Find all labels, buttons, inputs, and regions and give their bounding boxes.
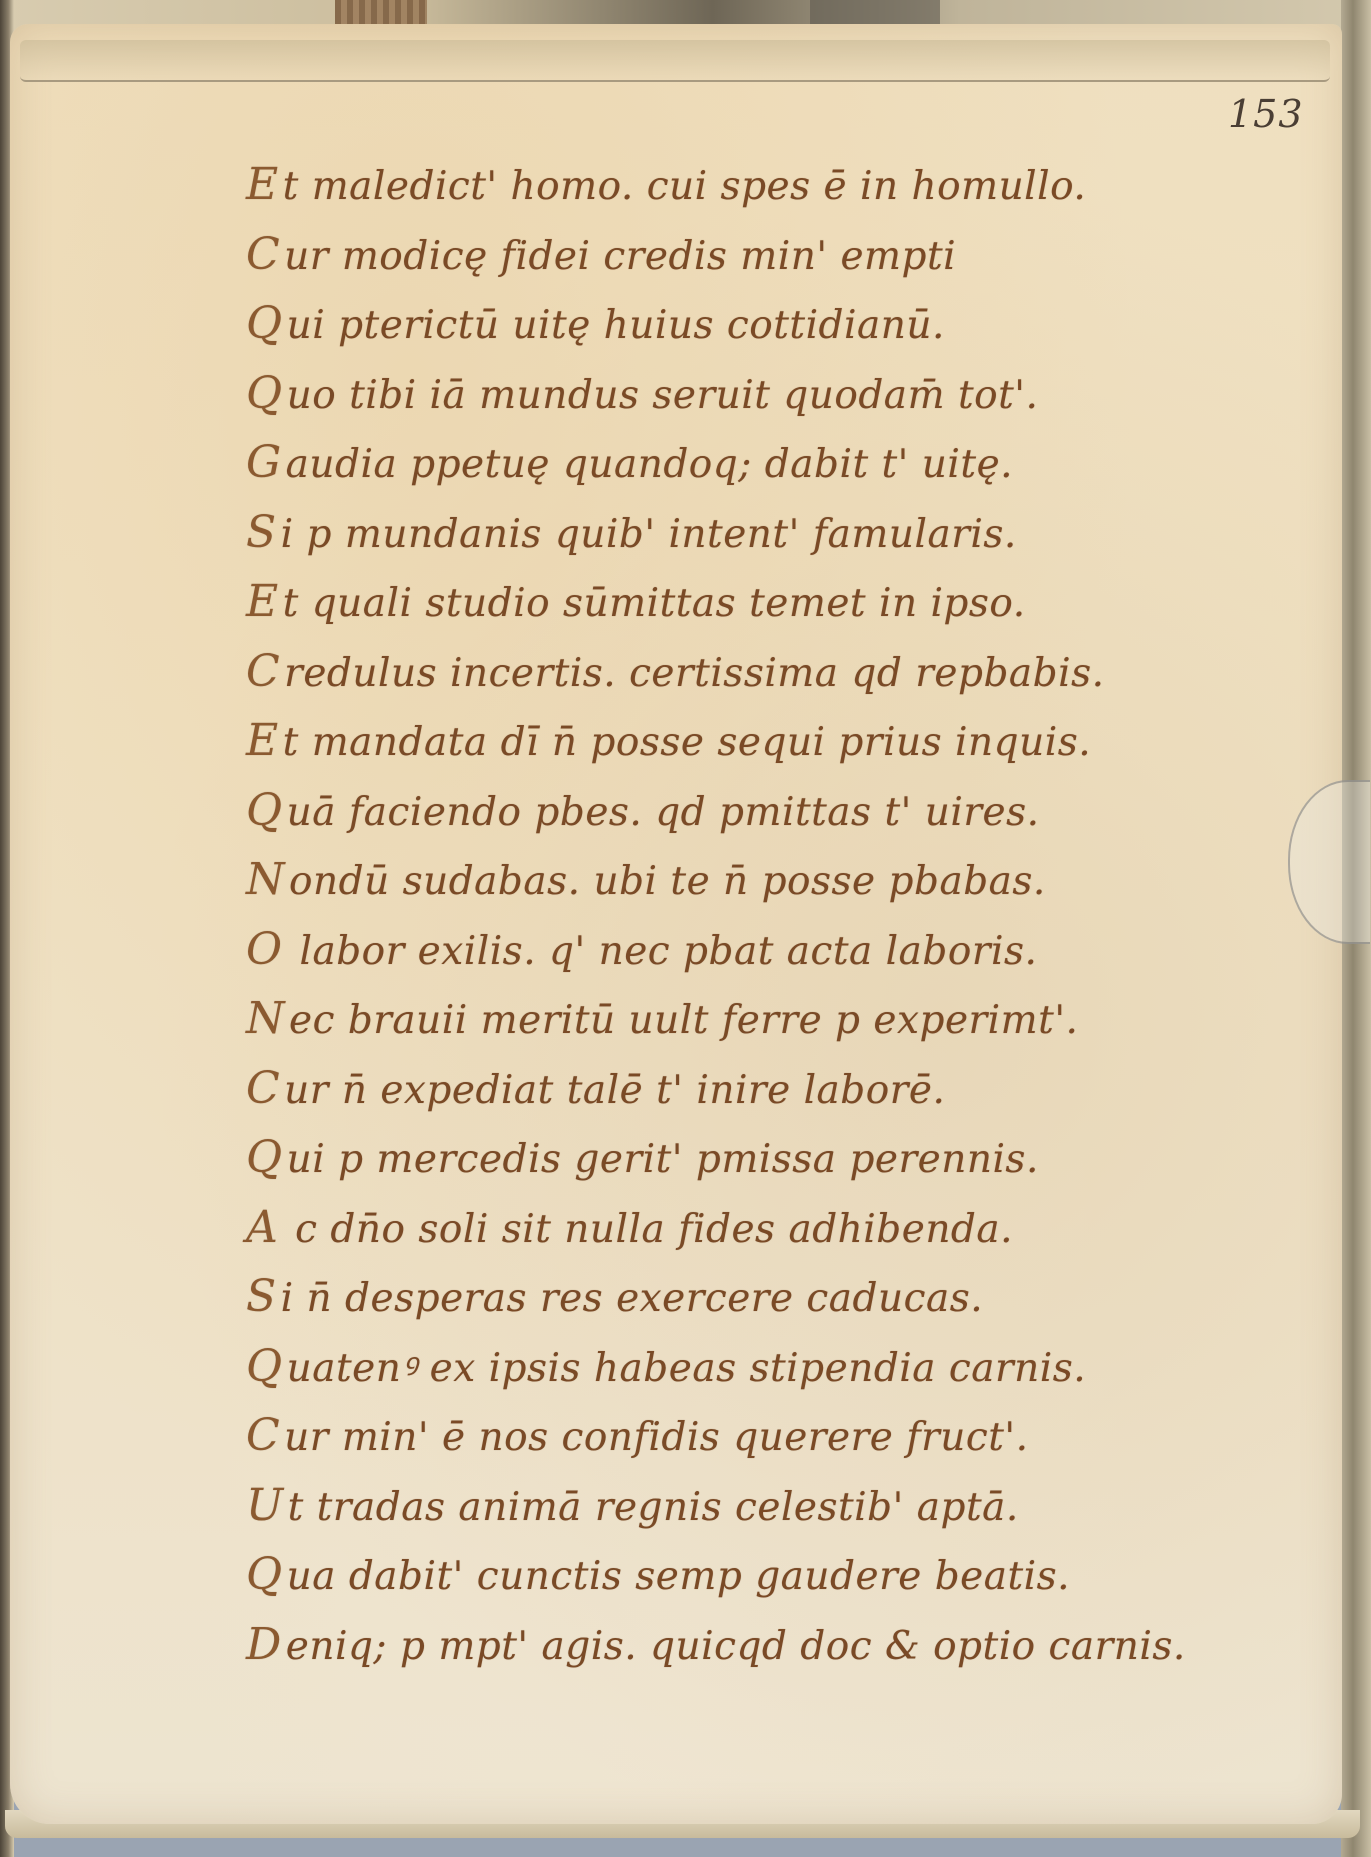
verse-initial: Q (246, 785, 283, 836)
verse-initial: C (246, 646, 280, 697)
verse-line: Credulus incertis. certissima qd repbabi… (246, 637, 1286, 707)
verse-initial: A (246, 1202, 278, 1253)
verse-line: Nec brauii meritū uult ferre p experimt'… (246, 984, 1286, 1054)
verse-line: Qui pterictū uitę huius cottidianū. (246, 289, 1286, 359)
verse-text: ui pterictū uitę huius cottidianū. (287, 303, 945, 348)
verse-text: t maledict' homo. cui spes ē in homullo. (283, 164, 1087, 209)
verse-line: Deniq; p mpt' agis. quicqd doc & optio c… (246, 1610, 1286, 1680)
verse-text: i p mundanis quib' intent' famularis. (281, 512, 1017, 557)
verse-line: Gaudia ppetuę quandoq; dabit t' uitę. (246, 428, 1286, 498)
verse-initial: Q (246, 1549, 283, 1600)
verse-initial: N (246, 993, 285, 1044)
verse-text: i n̄ desperas res exercere caducas. (281, 1276, 983, 1321)
verse-initial: Q (246, 298, 283, 349)
verse-text: ur n̄ expediat talē t' inire laborē. (284, 1068, 945, 1113)
verse-text-block: Et maledict' homo. cui spes ē in homullo… (246, 150, 1286, 1679)
verse-text: uatenꝰ ex ipsis habeas stipendia carnis. (287, 1346, 1087, 1391)
verse-initial: C (246, 1063, 280, 1114)
verse-text: labor exilis. q' nec pbat acta laboris. (287, 929, 1038, 974)
verse-line: Cur min' ē nos confidis querere fruct'. (246, 1401, 1286, 1471)
manuscript-scan: 153 Et maledict' homo. cui spes ē in hom… (0, 0, 1371, 1857)
verse-line: Et mandata dī n̄ posse sequi prius inqui… (246, 706, 1286, 776)
verse-text: t quali studio sūmittas temet in ipso. (283, 581, 1026, 626)
leaf-top-fold (20, 40, 1330, 82)
verse-text: t tradas animā regnis celestib' aptā. (288, 1485, 1019, 1530)
folio-number: 153 (1228, 92, 1304, 136)
verse-line: Qui p mercedis gerit' pmissa perennis. (246, 1123, 1286, 1193)
verse-text: audia ppetuę quandoq; dabit t' uitę. (286, 442, 1013, 487)
verse-line: Ut tradas animā regnis celestib' aptā. (246, 1471, 1286, 1541)
verse-initial: U (246, 1480, 284, 1531)
verse-initial: S (246, 507, 277, 558)
verse-initial: G (246, 437, 282, 488)
verse-initial: E (246, 715, 279, 766)
verse-line: Si p mundanis quib' intent' famularis. (246, 498, 1286, 568)
verse-initial: Q (246, 1132, 283, 1183)
verse-text: uā faciendo pbes. qd pmittas t' uires. (287, 790, 1040, 835)
verse-initial: O (246, 924, 283, 975)
verse-text: t mandata dī n̄ posse sequi prius inquis… (283, 720, 1091, 765)
verse-initial: E (246, 159, 279, 210)
verse-line: Quo tibi iā mundus seruit quodam̄ tot'. (246, 359, 1286, 429)
verse-initial: Q (246, 1341, 283, 1392)
verse-text: redulus incertis. certissima qd repbabis… (284, 651, 1104, 696)
verse-line: Et quali studio sūmittas temet in ipso. (246, 567, 1286, 637)
verse-text: ui p mercedis gerit' pmissa perennis. (287, 1137, 1039, 1182)
verse-initial: S (246, 1271, 277, 1322)
verse-text: ec brauii meritū uult ferre p experimt'. (289, 998, 1078, 1043)
verse-line: A c dn̄o soli sit nulla fides adhibenda. (246, 1193, 1286, 1263)
verse-text: uo tibi iā mundus seruit quodam̄ tot'. (287, 373, 1039, 418)
verse-line: Cur modicę fidei credis min' empti (246, 220, 1286, 290)
verse-initial: E (246, 576, 279, 627)
verse-initial: C (246, 229, 280, 280)
verse-initial: C (246, 1410, 280, 1461)
verse-line: Quā faciendo pbes. qd pmittas t' uires. (246, 776, 1286, 846)
verse-initial: D (246, 1619, 282, 1670)
verse-line: O labor exilis. q' nec pbat acta laboris… (246, 915, 1286, 985)
verse-text: ua dabit' cunctis semp gaudere beatis. (287, 1554, 1070, 1599)
verse-text: ondū sudabas. ubi te n̄ posse pbabas. (289, 859, 1046, 904)
verse-line: Qua dabit' cunctis semp gaudere beatis. (246, 1540, 1286, 1610)
verse-text: ur modicę fidei credis min' empti (284, 234, 956, 279)
verse-text: eniq; p mpt' agis. quicqd doc & optio ca… (286, 1624, 1186, 1669)
verse-line: Nondū sudabas. ubi te n̄ posse pbabas. (246, 845, 1286, 915)
verse-initial: N (246, 854, 285, 905)
verse-text: ur min' ē nos confidis querere fruct'. (284, 1415, 1028, 1460)
verse-text: c dn̄o soli sit nulla fides adhibenda. (282, 1207, 1013, 1252)
verse-line: Et maledict' homo. cui spes ē in homullo… (246, 150, 1286, 220)
verse-initial: Q (246, 368, 283, 419)
verse-line: Si n̄ desperas res exercere caducas. (246, 1262, 1286, 1332)
verse-line: Quatenꝰ ex ipsis habeas stipendia carnis… (246, 1332, 1286, 1402)
verse-line: Cur n̄ expediat talē t' inire laborē. (246, 1054, 1286, 1124)
